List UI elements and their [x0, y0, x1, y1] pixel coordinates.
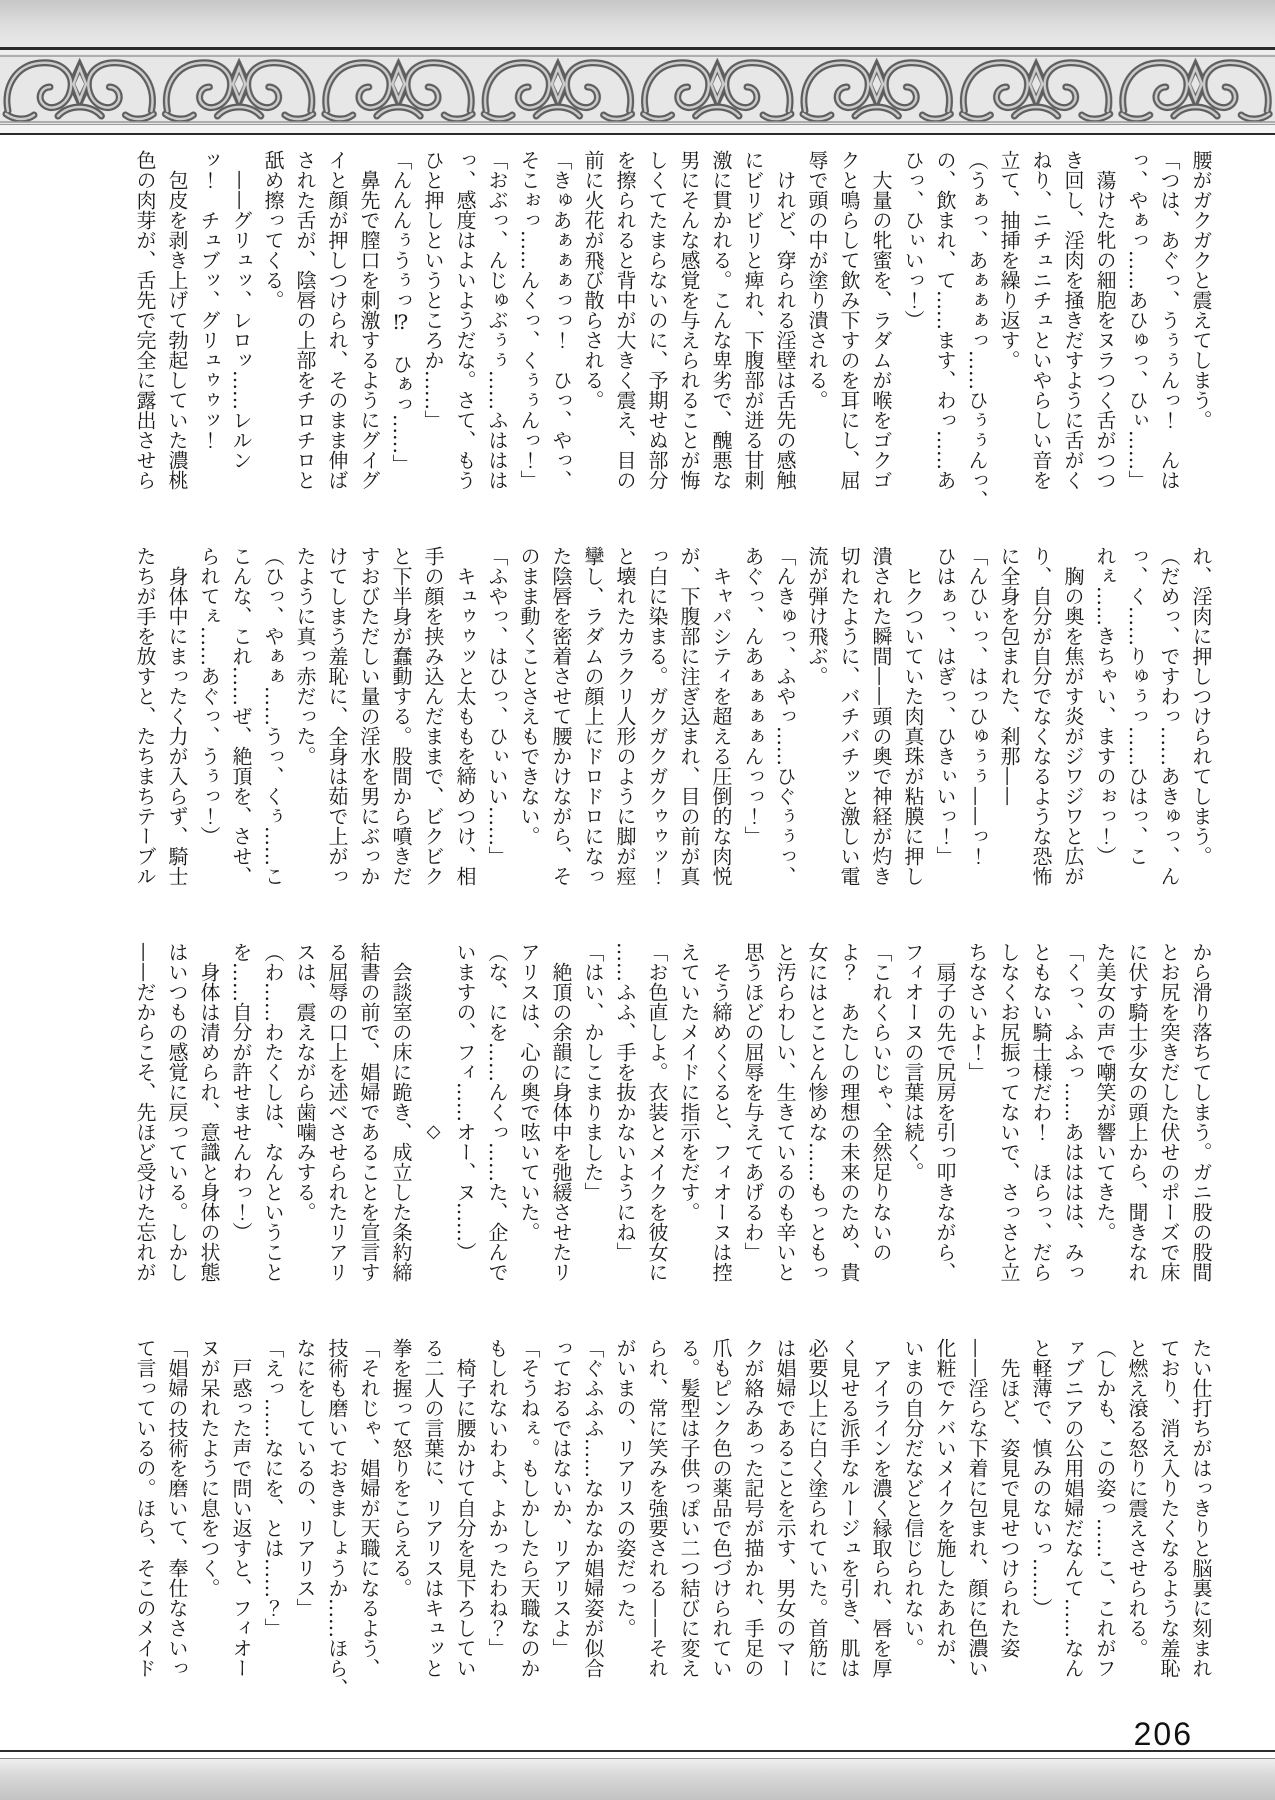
text-column: 技術も磨いておきましょうか……ほら、: [321, 1338, 353, 1716]
text-column: 「これくらいじゃ、全然足りないの: [865, 942, 897, 1320]
text-column: 会談室の床に跪き、成立した条約締: [385, 942, 417, 1320]
text-column: （うぁっ、あぁぁぁっ……ひぅぅんっ、: [961, 150, 993, 528]
text-column: 身体は清められ、意識と身体の状態: [193, 942, 225, 1320]
text-column: と汚らわしい、生きているのも辛いと: [769, 942, 801, 1320]
text-column: 潰された瞬間——頭の奥で神経が灼き: [865, 546, 897, 924]
text-column: にビリビリと痺れ、下腹部が迸る甘刺: [737, 150, 769, 528]
ornamental-border: [0, 54, 1275, 124]
text-column: ——だからこそ、先ほど受けた忘れが: [129, 942, 161, 1320]
text-column: ており、消え入りたくなるような羞恥: [1153, 1338, 1185, 1716]
text-column: られてぇ……あぐっ、うぅっ！）: [193, 546, 225, 924]
text-column: 化粧でケバいメイクを施したあれが、: [929, 1338, 961, 1716]
text-column: 「ぐふふふ……なかなか娼婦姿が似合: [577, 1338, 609, 1716]
ornament-bottom-gap: [0, 125, 1275, 133]
text-column: を擦られると背中が大きく震え、目の: [609, 150, 641, 528]
text-column: クが絡みあった記号が描かれ、手足の: [737, 1338, 769, 1716]
text-column: っておるではないか、リアリスよ」: [545, 1338, 577, 1716]
text-column: と燃え滾る怒りに震えさせられる。: [1121, 1338, 1153, 1716]
top-page-edge: [0, 0, 1275, 47]
text-column: く見せる派手なルージュを引き、肌は: [833, 1338, 865, 1716]
filigree-scroll-pattern: [0, 54, 1275, 124]
text-column: っ白に染まる。ガクガクガクゥゥッ！: [641, 546, 673, 924]
text-column: られ、常に笑みを強要される——それ: [641, 1338, 673, 1716]
text-column: （ひっ、やぁぁ……うっ、くぅ……こ: [257, 546, 289, 924]
text-band-4: たい仕打ちがはっきりと脳裏に刻まれており、消え入りたくなるような羞恥と燃え滾る怒…: [95, 1338, 1217, 1716]
text-column: っ、く……りゅぅっ……ひはっ、こ: [1121, 546, 1153, 924]
text-band-2: れ、淫肉に押しつけられてしまう。（だめっ、ですわっ……あきゅっ、んっ、く……りゅ…: [95, 546, 1217, 924]
text-band-3: から滑り落ちてしまう。ガニ股の股間とお尻を突きだした伏せのポーズで床に伏す騎士少…: [95, 942, 1217, 1320]
text-column: あぐっ、んあぁぁぁぁんっっ！」: [737, 546, 769, 924]
text-column: の、飲まれ、て……ます、わっ……あ: [929, 150, 961, 528]
text-column: とお尻を突きだした伏せのポーズで床: [1153, 942, 1185, 1320]
text-column: なにをしているの、リアリス」: [289, 1338, 321, 1716]
text-column: に全身を包まれた、刹那——: [993, 546, 1025, 924]
footer-rule-top: [0, 1750, 1275, 1752]
text-column: アイラインを濃く縁取られ、唇を厚: [865, 1338, 897, 1716]
text-column: り、自分が自分でなくなるような恐怖: [1025, 546, 1057, 924]
text-column: 絶頂の余韻に身体中を弛緩させたリ: [545, 942, 577, 1320]
text-column: いまの自分だなどと信じられない。: [897, 1338, 929, 1716]
text-column: 爪もピンク色の薬品で色づけられてい: [705, 1338, 737, 1716]
text-column: っ、やぁっ……あひゅっ、ひぃ……」: [1121, 150, 1153, 528]
bottom-page-edge: [0, 1759, 1275, 1800]
text-column: ねり、ニチュニチュといやらしい音を: [1025, 150, 1057, 528]
text-column: 「んひぃっ、はっひゅぅぅ——っ！: [961, 546, 993, 924]
text-column: イと顔が押しつけられ、そのまま伸ば: [321, 150, 353, 528]
text-column: 「ふやっ、はひっ、ひぃいい……」: [481, 546, 513, 924]
book-page: 腰がガクガクと震えてしまう。「つは、あぐっ、うぅぅんっ！ んはっ、やぁっ……あひ…: [0, 0, 1275, 1800]
text-column: クと鳴らして飲み下すのを耳にし、屈: [833, 150, 865, 528]
text-column: 流が弾け飛ぶ。: [801, 546, 833, 924]
text-column: 「きゅあぁぁぁっっ！ ひっ、やっ、: [545, 150, 577, 528]
text-column: 「えっ……なにを、とは……？」: [257, 1338, 289, 1716]
text-column: ……ふふ、手を抜かないようにね」: [609, 942, 641, 1320]
text-column: アリスは、心の奥で呟いていた。: [513, 942, 545, 1320]
text-column: 包皮を剥き上げて勃起していた濃桃: [161, 150, 193, 528]
text-column: もしれないわよ、よかったわね？」: [481, 1338, 513, 1716]
text-column: と下半身が蠢動する。股間から噴きだ: [385, 546, 417, 924]
text-column: よ？ あたしの理想の未来のため、貴: [833, 942, 865, 1320]
text-band-1: 腰がガクガクと震えてしまう。「つは、あぐっ、うぅぅんっ！ んはっ、やぁっ……あひ…: [95, 150, 1217, 528]
text-column: いますの、フィ……オー、ヌ……）: [449, 942, 481, 1320]
text-column: 思うほどの屈辱を与えてあげるわ」: [737, 942, 769, 1320]
text-column: えていたメイドに指示をだす。: [673, 942, 705, 1320]
text-column: けてしまう羞恥に、全身は茹で上がっ: [321, 546, 353, 924]
text-column: ——淫らな下着に包まれ、顔に色濃い: [961, 1338, 993, 1716]
text-column: すおびただしい量の淫水を男にぶっか: [353, 546, 385, 924]
text-column: ァブニアの公用娼婦だなんて……なん: [1057, 1338, 1089, 1716]
text-column: 結書の前で、娼婦であることを宣言す: [353, 942, 385, 1320]
text-column: ヒクついていた肉真珠が粘膜に押し: [897, 546, 929, 924]
text-column: 拳を握って怒りをこらえる。: [385, 1338, 417, 1716]
text-column: 切れたように、バチバチッと激しい電: [833, 546, 865, 924]
text-column: スは、震えながら歯噛みする。: [289, 942, 321, 1320]
text-column: 「んきゅっ、ふやっ……ひぐぅぅっ、: [769, 546, 801, 924]
text-column: っ、感度はよいようだな。さて、もう: [449, 150, 481, 528]
text-column: 「そうねぇ。もしかしたら天職なのか: [513, 1338, 545, 1716]
text-column: （わ……わたくしは、なんということ: [257, 942, 289, 1320]
text-column: 「お色直しよ。衣装とメイクを彼女に: [641, 942, 673, 1320]
text-column: ッ！ チュブッ、グリュゥゥッ！: [193, 150, 225, 528]
text-column: 大量の牝蜜を、ラダムが喉をゴクゴ: [865, 150, 897, 528]
text-column: けれど、穿られる淫壁は舌先の感触: [769, 150, 801, 528]
text-column: と壊れたカラクリ人形のように脚が痙: [609, 546, 641, 924]
text-column: る二人の言葉に、リアリスはキュッと: [417, 1338, 449, 1716]
text-column: て言っているの。ほら、そこのメイド: [129, 1338, 161, 1716]
text-column: しくてたまらないのに、予期せぬ部分: [641, 150, 673, 528]
text-column: 「娼婦の技術を磨いて、奉仕なさいっ: [161, 1338, 193, 1716]
text-column: ひはぁっ、はぎっ、ひきぃいっ！」: [929, 546, 961, 924]
text-column: （だめっ、ですわっ……あきゅっ、ん: [1153, 546, 1185, 924]
text-column: 腰がガクガクと震えてしまう。: [1185, 150, 1217, 528]
text-column: たい仕打ちがはっきりと脳裏に刻まれ: [1185, 1338, 1217, 1716]
text-column: された舌が、陰唇の上部をチロチロと: [289, 150, 321, 528]
text-column: から滑り落ちてしまう。ガニ股の股間: [1185, 942, 1217, 1320]
text-column: を……自分が許せませんわっ！）: [225, 942, 257, 1320]
text-column: 色の肉芽が、舌先で完全に露出させら: [129, 150, 161, 528]
text-column: そこぉっ……んくっ、くぅぅんっ！」: [513, 150, 545, 528]
text-column: た陰唇を密着させて腰かけながら、そ: [545, 546, 577, 924]
text-column: と軽薄で、慎みのないっ……）: [1025, 1338, 1057, 1716]
text-column: 「くっ、ふふっ……あはははは、みっ: [1057, 942, 1089, 1320]
text-column: 攣し、ラダムの顔上にドロドロになっ: [577, 546, 609, 924]
text-column: はいつもの感覚に戻っている。しかし: [161, 942, 193, 1320]
text-column: 扇子の先で尻房を引っ叩きながら、: [929, 942, 961, 1320]
text-column: 「はい、かしこまりました」: [577, 942, 609, 1320]
text-column: 「おぶっ、んじゅぶぅぅ……ふははは: [481, 150, 513, 528]
section-break-mark: ◇: [417, 942, 449, 1320]
text-column: こんな、これ……ぜ、絶頂を、させ、: [225, 546, 257, 924]
text-column: ヌが呆れたように息をつく。: [193, 1338, 225, 1716]
text-column: 必要以上に白く塗られていた。首筋に: [801, 1338, 833, 1716]
text-column: た美女の声で嘲笑が響いてきた。: [1089, 942, 1121, 1320]
text-column: 辱で頭の中が塗り潰される。: [801, 150, 833, 528]
text-column: 前に火花が飛び散らされる。: [577, 150, 609, 528]
text-column: 蕩けた牝の細胞をヌラつく舌がつつ: [1089, 150, 1121, 528]
text-column: れぇ……きちゃい、ますのぉっ！）: [1089, 546, 1121, 924]
text-column: ——グリュッ、レロッ……レルン: [225, 150, 257, 528]
text-column: キュゥゥッと太ももを締めつけ、相: [449, 546, 481, 924]
header-rule-bottom: [0, 133, 1275, 135]
text-column: ともない騎士様だわ！ ほらっ、だら: [1025, 942, 1057, 1320]
page-number: 206: [1134, 1716, 1193, 1753]
text-column: しなくお尻振ってないで、さっさと立: [993, 942, 1025, 1320]
text-column: 女にはとことん惨めな……もっともっ: [801, 942, 833, 1320]
text-column: る屈辱の口上を述べさせられたリアリ: [321, 942, 353, 1320]
text-column: 椅子に腰かけて自分を見下ろしてい: [449, 1338, 481, 1716]
text-column: ひと押しというところか……」: [417, 150, 449, 528]
text-column: は娼婦であることを示す、男女のマー: [769, 1338, 801, 1716]
text-column: 「んんんぅうぅっ⁉ ひぁっ……」: [385, 150, 417, 528]
text-column: 「それじゃ、娼婦が天職になるよう、: [353, 1338, 385, 1716]
text-column: 立て、抽挿を繰り返す。: [993, 150, 1025, 528]
text-column: 男にそんな感覚を与えられることが悔: [673, 150, 705, 528]
text-column: に伏す騎士少女の頭上から、聞きなれ: [1121, 942, 1153, 1320]
text-column: ひっ、ひぃいっ！）: [897, 150, 929, 528]
text-column: ちなさいよ！」: [961, 942, 993, 1320]
text-column: たちが手を放すと、たちまちテーブル: [129, 546, 161, 924]
text-column: 手の顔を挟み込んだままで、ビクビク: [417, 546, 449, 924]
text-column: が、下腹部に注ぎ込まれ、目の前が真: [673, 546, 705, 924]
text-column: 戸惑った声で問い返すと、フィオー: [225, 1338, 257, 1716]
text-column: き回し、淫肉を掻きだすように舌がく: [1057, 150, 1089, 528]
text-column: 先ほど、姿見で見せつけられた姿: [993, 1338, 1025, 1716]
text-column: そう締めくくると、フィオーヌは控: [705, 942, 737, 1320]
text-column: たように真っ赤だった。: [289, 546, 321, 924]
text-column: 舐め擦ってくる。: [257, 150, 289, 528]
text-column: 激に貫かれる。こんな卑劣で、醜悪な: [705, 150, 737, 528]
text-column: （しかも、この姿っ……こ、これがフ: [1089, 1338, 1121, 1716]
text-column: がいまの、リアリスの姿だった。: [609, 1338, 641, 1716]
text-column: のまま動くことさえもできない。: [513, 546, 545, 924]
text-column: 鼻先で膣口を刺激するようにグイグ: [353, 150, 385, 528]
text-column: 「つは、あぐっ、うぅぅんっ！ んは: [1153, 150, 1185, 528]
text-column: 身体中にまったく力が入らず、騎士: [161, 546, 193, 924]
text-column: キャパシティを超える圧倒的な肉悦: [705, 546, 737, 924]
text-column: れ、淫肉に押しつけられてしまう。: [1185, 546, 1217, 924]
text-column: （な、にを……んくっ……た、企んで: [481, 942, 513, 1320]
text-column: 胸の奥を焦がす炎がジワジワと広が: [1057, 546, 1089, 924]
text-column: フィオーヌの言葉は続く。: [897, 942, 929, 1320]
text-column: る。髪型は子供っぽい二つ結びに変え: [673, 1338, 705, 1716]
